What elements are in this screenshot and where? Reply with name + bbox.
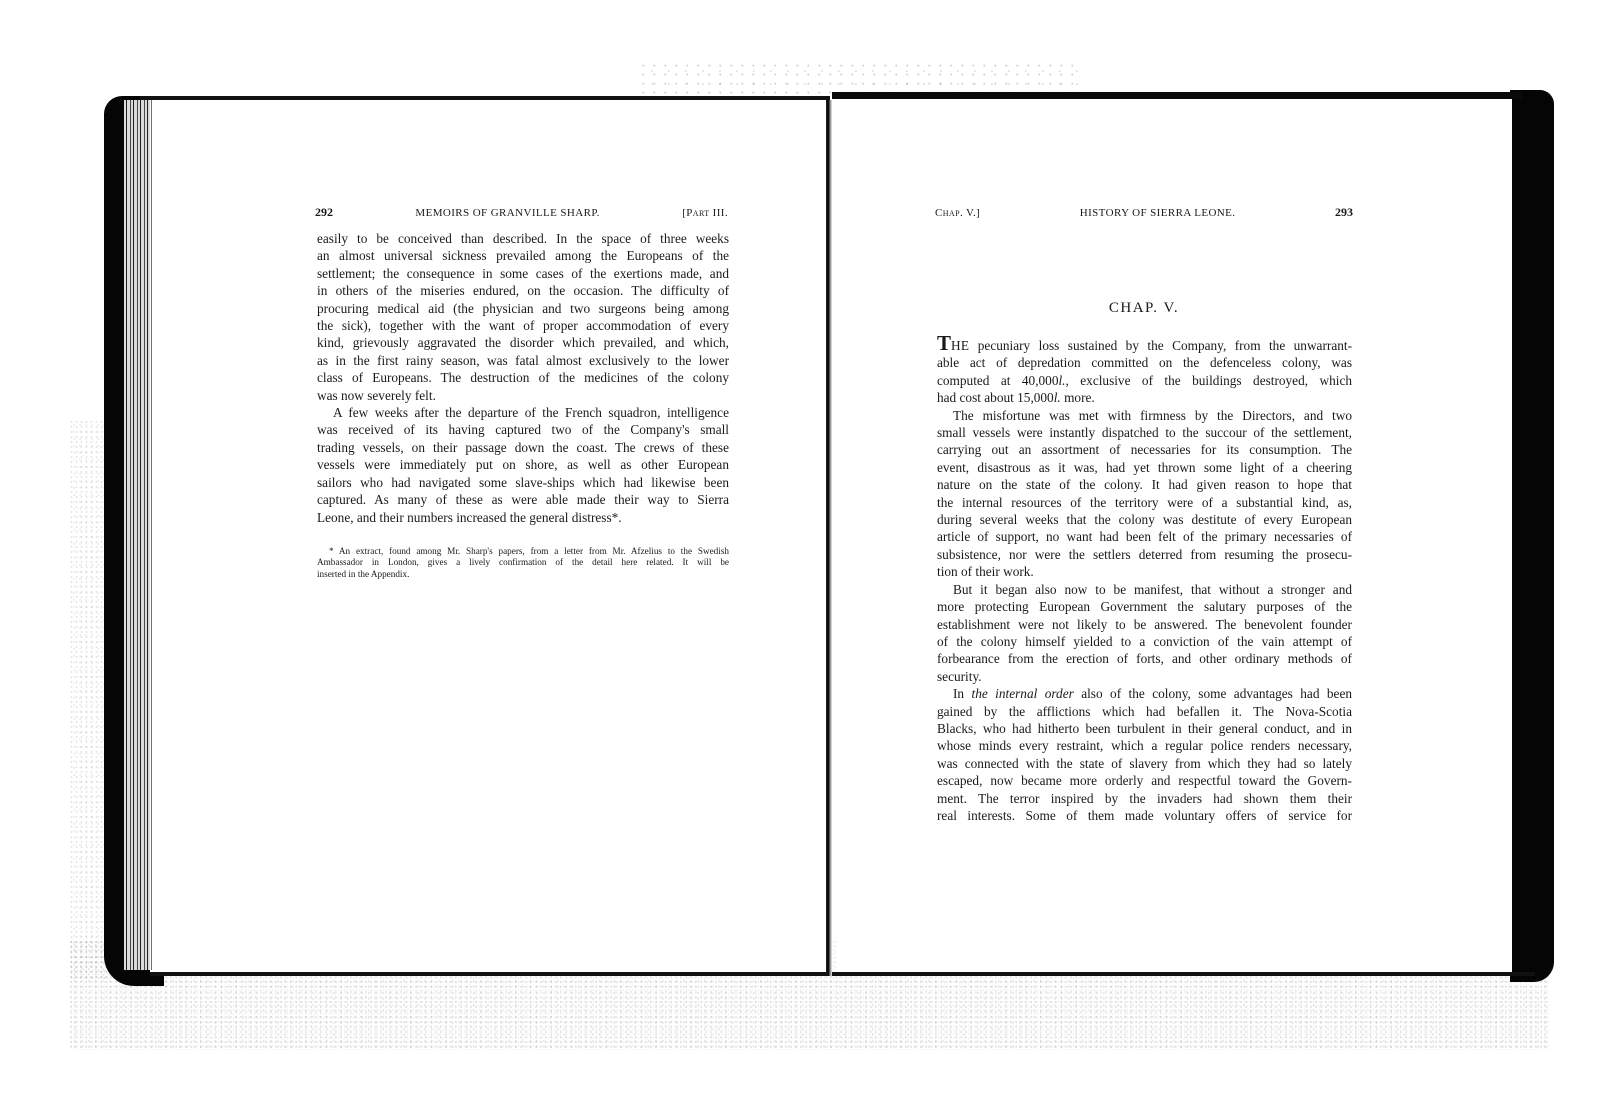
footnote-line: Ambassador in London, gives a lively con…: [317, 557, 729, 568]
body-line: was now severely felt.: [317, 387, 729, 404]
body-line: during several weeks that the colony was…: [937, 511, 1352, 528]
drop-cap-continuation: HE: [951, 338, 969, 353]
body-line: forbearance from the erection of forts, …: [937, 650, 1352, 667]
body-line: The misfortune was met with firmness by …: [937, 407, 1352, 424]
right-running-title: HISTORY OF SIERRA LEONE.: [1080, 207, 1236, 219]
body-line: real interests. Some of them made volunt…: [937, 807, 1352, 824]
footnote-line: * An extract, found among Mr. Sharp's pa…: [317, 546, 729, 557]
right-running-head: Chap. V.] HISTORY OF SIERRA LEONE. 293: [935, 205, 1353, 220]
body-line: ment. The terror inspired by the invader…: [937, 790, 1352, 807]
body-line: gained by the afflictions which had befa…: [937, 703, 1352, 720]
body-line: security.: [937, 668, 1352, 685]
right-chapter-label: Chap. V.]: [935, 207, 980, 219]
left-part-label: [Part III.: [682, 207, 728, 219]
left-footnote: * An extract, found among Mr. Sharp's pa…: [317, 546, 729, 580]
body-line: whose minds every restraint, which a reg…: [937, 737, 1352, 754]
body-line: kind, grievously aggravated the disorder…: [317, 334, 729, 351]
left-running-title: MEMOIRS OF GRANVILLE SHARP.: [415, 207, 599, 219]
body-line: as in the first rainy season, was fatal …: [317, 352, 729, 369]
body-line: Blacks, who had hitherto been turbulent …: [937, 720, 1352, 737]
body-line: had cost about 15,000l. more.: [937, 389, 1352, 406]
body-line: an almost universal sickness prevailed a…: [317, 247, 729, 264]
body-line: procuring medical aid (the physician and…: [317, 300, 729, 317]
body-line: class of Europeans. The destruction of t…: [317, 369, 729, 386]
body-line: escaped, now became more orderly and res…: [937, 772, 1352, 789]
left-body-text: easily to be conceived than described. I…: [317, 230, 729, 526]
chapter-heading: CHAP. V.: [935, 300, 1353, 317]
body-line: the sick), together with the want of pro…: [317, 317, 729, 334]
body-line: vessels were immediately put on shore, a…: [317, 456, 729, 473]
body-line: small vessels were instantly dispatched …: [937, 424, 1352, 441]
body-line: carrying out an assortment of necessarie…: [937, 441, 1352, 458]
body-line: nature on the state of the colony. It ha…: [937, 476, 1352, 493]
body-line: of the colony himself yielded to a convi…: [937, 633, 1352, 650]
book-cover-right-edge: [1510, 90, 1554, 982]
body-line: captured. As many of these as were able …: [317, 491, 729, 508]
book-top-edge-right: [832, 92, 1522, 99]
body-line: Leone, and their numbers increased the g…: [317, 509, 729, 526]
book-gutter: [826, 100, 832, 976]
drop-cap: T: [937, 331, 951, 355]
scan-background-speckle-top: [640, 62, 1080, 96]
body-line: the internal resources of the territory …: [937, 494, 1352, 511]
body-line: easily to be conceived than described. I…: [317, 230, 729, 247]
body-line: in others of the miseries endured, on th…: [317, 282, 729, 299]
body-line: settlement; the consequence in some case…: [317, 265, 729, 282]
body-line: able act of depredation committed on the…: [937, 354, 1352, 371]
body-line: more protecting European Government the …: [937, 598, 1352, 615]
right-page-number: 293: [1335, 205, 1353, 220]
body-line: sailors who had navigated some slave-shi…: [317, 474, 729, 491]
body-line: A few weeks after the departure of the F…: [317, 404, 729, 421]
first-line-text: pecuniary loss sustained by the Company,…: [969, 338, 1352, 353]
body-line: computed at 40,000l., exclusive of the b…: [937, 372, 1352, 389]
body-line: establishment were not likely to be answ…: [937, 616, 1352, 633]
first-line: THE pecuniary loss sustained by the Comp…: [937, 337, 1352, 354]
right-body-text: THE pecuniary loss sustained by the Comp…: [937, 337, 1352, 824]
body-line: trading vessels, on their passage down t…: [317, 439, 729, 456]
body-line: event, disastrous as it was, had yet thr…: [937, 459, 1352, 476]
body-line: tion of their work.: [937, 563, 1352, 580]
book-bottom-edge: [150, 972, 1535, 976]
body-line: was received of its having captured two …: [317, 421, 729, 438]
left-page-number: 292: [315, 205, 333, 220]
footnote-line: inserted in the Appendix.: [317, 569, 729, 580]
body-line: was connected with the state of slavery …: [937, 755, 1352, 772]
body-line: subsistence, nor were the settlers deter…: [937, 546, 1352, 563]
body-line: In the internal order also of the colony…: [937, 685, 1352, 702]
body-line: But it began also now to be manifest, th…: [937, 581, 1352, 598]
body-line: article of support, no want had been fel…: [937, 528, 1352, 545]
left-running-head: 292 MEMOIRS OF GRANVILLE SHARP. [Part II…: [315, 205, 728, 220]
page-block-edges: [124, 100, 152, 970]
